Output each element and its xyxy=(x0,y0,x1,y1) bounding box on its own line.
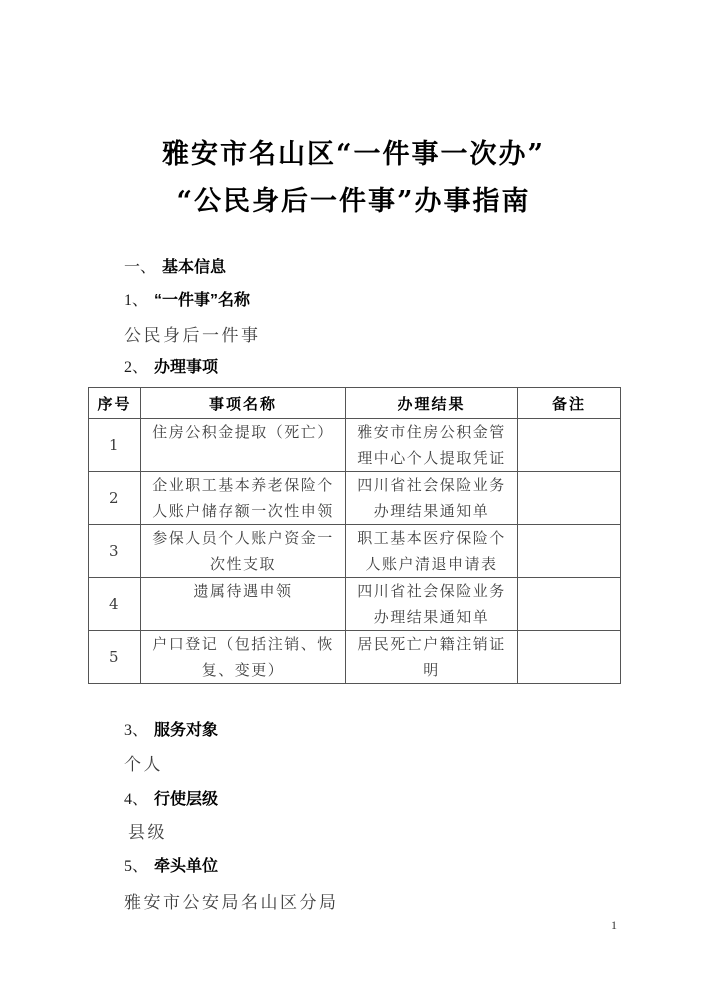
section-heading-basic-info: 一、基本信息 xyxy=(124,258,226,278)
section-number: 1、 xyxy=(124,292,148,309)
section-label: “一件事”名称 xyxy=(154,292,250,309)
row-result: 四川省社会保险业务办理结果通知单 xyxy=(346,578,518,631)
section-number: 5、 xyxy=(124,858,148,875)
row-item-name: 参保人员个人账户资金一次性支取 xyxy=(141,525,346,578)
section-number: 3、 xyxy=(124,722,148,739)
document-title-line2: “公民身后一件事”办事指南 xyxy=(0,178,707,225)
row-remark xyxy=(518,525,621,578)
section-number: 2、 xyxy=(124,359,148,376)
row-item-name: 住房公积金提取（死亡） xyxy=(141,419,346,472)
row-item-name: 企业职工基本养老保险个人账户储存额一次性申领 xyxy=(141,472,346,525)
row-result: 四川省社会保险业务办理结果通知单 xyxy=(346,472,518,525)
row-no: 4 xyxy=(89,578,141,631)
table-row: 3 参保人员个人账户资金一次性支取 职工基本医疗保险个人账户清退申请表 xyxy=(89,525,621,578)
row-result: 居民死亡户籍注销证明 xyxy=(346,631,518,684)
section-label: 办理事项 xyxy=(154,359,218,376)
page-number: 1 xyxy=(611,918,617,933)
section-heading-exercise-level: 4、行使层级 xyxy=(124,790,218,810)
section-label: 服务对象 xyxy=(154,722,218,739)
section-label: 行使层级 xyxy=(154,791,218,808)
table-row: 5 户口登记（包括注销、恢复、变更） 居民死亡户籍注销证明 xyxy=(89,631,621,684)
section-number: 4、 xyxy=(124,791,148,808)
row-result: 雅安市住房公积金管理中心个人提取凭证 xyxy=(346,419,518,472)
section-heading-service-target: 3、服务对象 xyxy=(124,721,218,741)
lead-unit-value: 雅安市公安局名山区分局 xyxy=(124,892,339,914)
table-row: 1 住房公积金提取（死亡） 雅安市住房公积金管理中心个人提取凭证 xyxy=(89,419,621,472)
row-remark xyxy=(518,578,621,631)
section-number: 一、 xyxy=(124,259,156,276)
column-header-name: 事项名称 xyxy=(141,388,346,419)
column-header-result: 办理结果 xyxy=(346,388,518,419)
handling-items-table: 序号 事项名称 办理结果 备注 1 住房公积金提取（死亡） 雅安市住房公积金管理… xyxy=(88,387,621,684)
section-heading-lead-unit: 5、牵头单位 xyxy=(124,857,218,877)
row-result: 职工基本医疗保险个人账户清退申请表 xyxy=(346,525,518,578)
service-target-value: 个人 xyxy=(124,754,163,776)
section-heading-item-name: 1、“一件事”名称 xyxy=(124,291,250,311)
column-header-no: 序号 xyxy=(89,388,141,419)
document-page: 雅安市名山区“一件事一次办” “公民身后一件事”办事指南 一、基本信息 1、“一… xyxy=(0,0,707,999)
section-label: 基本信息 xyxy=(162,259,226,276)
row-item-name: 遗属待遇申领 xyxy=(141,578,346,631)
row-remark xyxy=(518,631,621,684)
section-label: 牵头单位 xyxy=(154,858,218,875)
document-title-line1: 雅安市名山区“一件事一次办” xyxy=(0,131,707,178)
row-no: 5 xyxy=(89,631,141,684)
exercise-level-value: 县级 xyxy=(128,822,167,844)
column-header-remark: 备注 xyxy=(518,388,621,419)
table-row: 4 遗属待遇申领 四川省社会保险业务办理结果通知单 xyxy=(89,578,621,631)
item-name-value: 公民身后一件事 xyxy=(124,325,261,347)
row-item-name: 户口登记（包括注销、恢复、变更） xyxy=(141,631,346,684)
document-title: 雅安市名山区“一件事一次办” “公民身后一件事”办事指南 xyxy=(0,131,707,225)
row-no: 3 xyxy=(89,525,141,578)
table-header-row: 序号 事项名称 办理结果 备注 xyxy=(89,388,621,419)
row-no: 1 xyxy=(89,419,141,472)
row-no: 2 xyxy=(89,472,141,525)
section-heading-handling-items: 2、办理事项 xyxy=(124,358,218,378)
row-remark xyxy=(518,472,621,525)
table-row: 2 企业职工基本养老保险个人账户储存额一次性申领 四川省社会保险业务办理结果通知… xyxy=(89,472,621,525)
row-remark xyxy=(518,419,621,472)
